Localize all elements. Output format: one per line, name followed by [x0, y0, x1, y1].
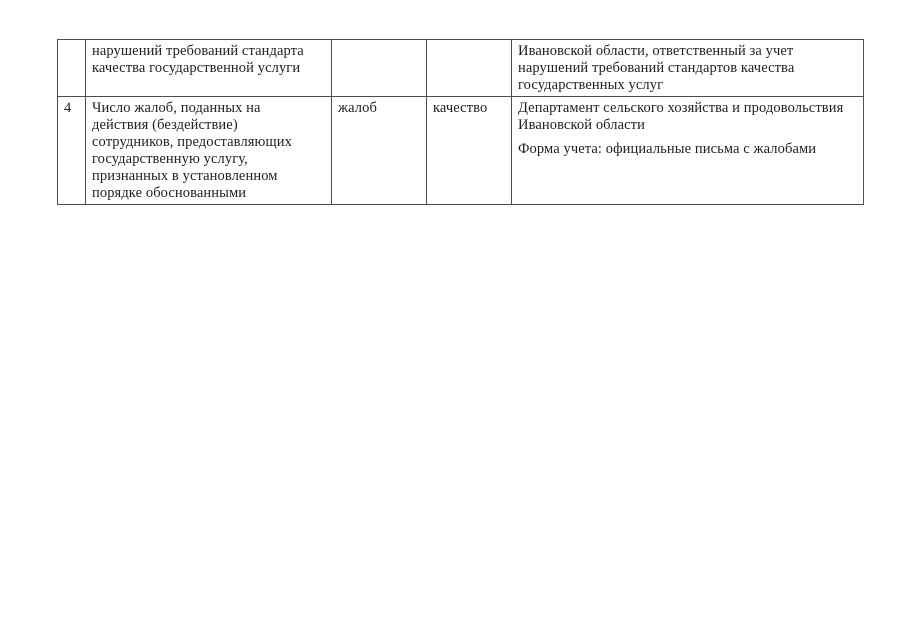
- indicator-text: Число жалоб, поданных на действия (безде…: [92, 100, 292, 201]
- table-row-continuation: нарушений требований стандарта качества …: [58, 40, 864, 97]
- row-number: 4: [64, 100, 71, 116]
- table-row-4: 4 Число жалоб, поданных на действия (без…: [58, 97, 864, 205]
- responsible-department-text: Департамент сельского хозяйства и продов…: [518, 100, 857, 134]
- indicators-table-wrap: нарушений требований стандарта качества …: [57, 39, 863, 205]
- cell-unit: [332, 40, 427, 97]
- unit-text: жалоб: [338, 100, 377, 116]
- cell-number: [58, 40, 86, 97]
- cell-indicator: нарушений требований стандарта качества …: [86, 40, 332, 97]
- indicators-table: нарушений требований стандарта качества …: [57, 39, 864, 205]
- responsible-text: Ивановской области, ответственный за уче…: [518, 43, 794, 93]
- cell-unit: жалоб: [332, 97, 427, 205]
- cell-type: [427, 40, 512, 97]
- cell-type: качество: [427, 97, 512, 205]
- cell-responsible: Департамент сельского хозяйства и продов…: [512, 97, 864, 205]
- indicator-text: нарушений требований стандарта качества …: [92, 43, 304, 76]
- cell-indicator: Число жалоб, поданных на действия (безде…: [86, 97, 332, 205]
- cell-responsible: Ивановской области, ответственный за уче…: [512, 40, 864, 97]
- responsible-record-form-text: Форма учета: официальные письма с жалоба…: [518, 141, 857, 158]
- type-text: качество: [433, 100, 487, 116]
- document-page: нарушений требований стандарта качества …: [0, 0, 905, 640]
- cell-number: 4: [58, 97, 86, 205]
